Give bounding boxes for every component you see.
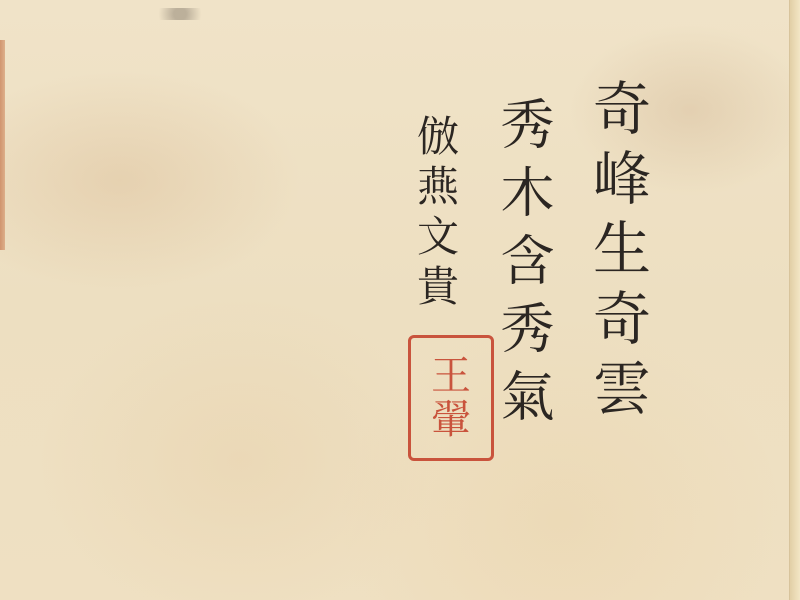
left-border-strip [0,40,5,250]
ink-speckle [150,8,210,20]
seal-char-1: 王 [431,354,471,398]
aged-paper-background: 奇峰生奇雲 秀木含秀氣 倣燕文貴 王 翬 [0,0,800,600]
signature-column: 倣燕文貴 [414,114,456,314]
right-mount-edge [789,0,800,600]
inscription-column-2: 秀木含秀氣 [496,96,550,436]
seal-char-2: 翬 [431,398,471,442]
red-seal-stamp: 王 翬 [408,335,494,461]
inscription-column-1: 奇峰生奇雲 [588,78,646,428]
